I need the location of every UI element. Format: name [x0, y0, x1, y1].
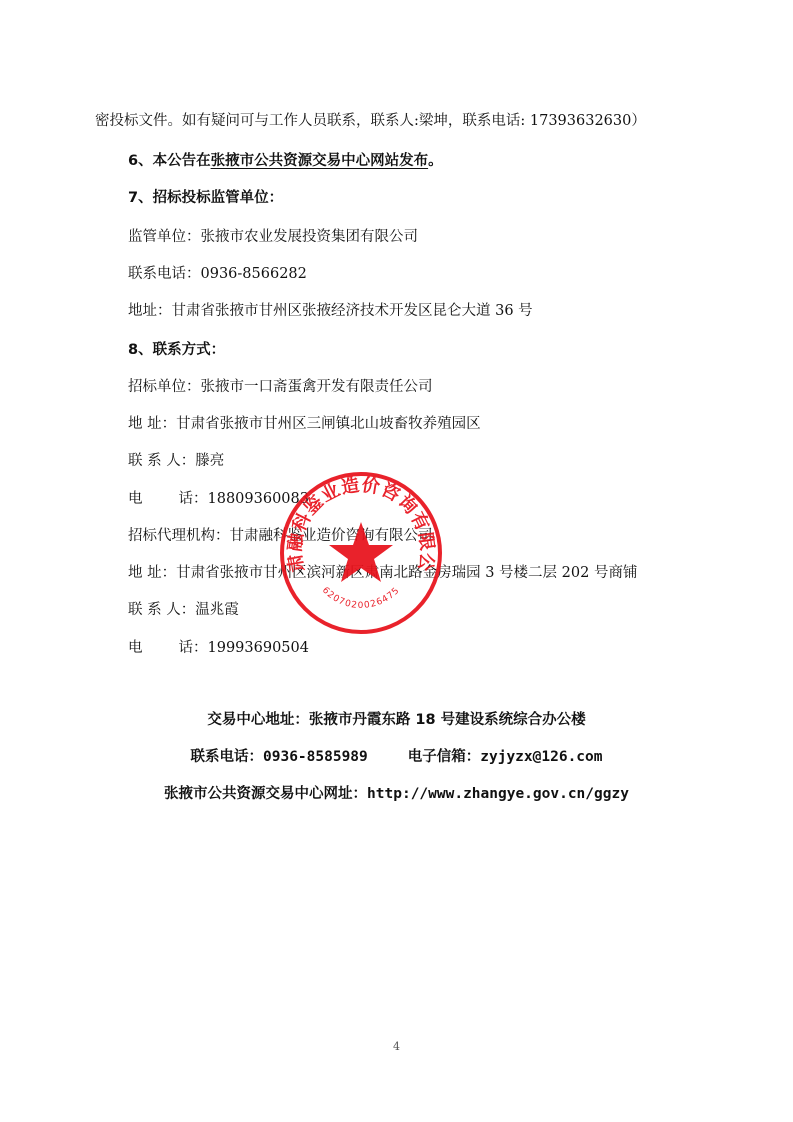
- phone-value: 话：18809360083: [179, 491, 309, 507]
- continuation-text: 密投标文件。如有疑问可与工作人员联系，联系人:梁坤，联系电话: 17393632…: [95, 111, 646, 131]
- section-6: 6、本公告在张掖市公共资源交易中心网站发布。: [128, 151, 443, 171]
- publish-site-link[interactable]: 张掖市公共资源交易中心网站发布: [211, 153, 429, 169]
- phone-label: 电: [128, 491, 143, 507]
- section-8-heading: 8、联系方式：: [128, 340, 225, 360]
- agency-address: 地 址：甘肃省张掖市甘州区滨河新区肃南北路金房瑞园 3 号楼二层 202 号商铺: [128, 563, 637, 583]
- tenderer-contact: 联 系 人：滕亮: [128, 451, 224, 471]
- website-label: 张掖市公共资源交易中心网址：: [164, 786, 367, 802]
- supervisor-unit: 监管单位：张掖市农业发展投资集团有限公司: [128, 227, 418, 247]
- email-label: 电子信箱：: [408, 749, 481, 765]
- footer-contact: 联系电话：0936-8585989电子信箱：zyjyzx@126.com: [0, 747, 793, 767]
- center-address: 张掖市丹霞东路 18 号建设系统综合办公楼: [309, 712, 586, 728]
- center-email[interactable]: zyjyzx@126.com: [480, 749, 602, 765]
- agency-unit: 招标代理机构：甘肃融科鉴业造价咨询有限公司: [128, 526, 433, 546]
- svg-text:甘肃融科鉴业造价咨询有限公司: 甘肃融科鉴业造价咨询有限公司: [278, 470, 438, 574]
- website-link[interactable]: http://www.zhangye.gov.cn/ggzy: [367, 786, 629, 802]
- tenderer-phone: 电话：18809360083: [128, 489, 309, 509]
- section-6-suffix: 。: [428, 153, 443, 169]
- page-number: 4: [0, 1040, 793, 1053]
- center-address-label: 交易中心地址：: [207, 712, 309, 728]
- supervisor-address: 地址：甘肃省张掖市甘州区张掖经济技术开发区昆仑大道 36 号: [128, 301, 533, 321]
- supervisor-phone: 联系电话：0936-8566282: [128, 264, 307, 284]
- footer-website: 张掖市公共资源交易中心网址：http://www.zhangye.gov.cn/…: [0, 784, 793, 804]
- section-6-prefix: 6、本公告在: [128, 153, 211, 169]
- agency-phone: 电话：19993690504: [128, 638, 309, 658]
- tenderer-address: 地 址：甘肃省张掖市甘州区三闸镇北山坡畜牧养殖园区: [128, 414, 481, 434]
- center-phone: 0936-8585989: [263, 749, 368, 765]
- section-7-heading: 7、招标投标监管单位：: [128, 188, 283, 208]
- phone-value: 话：19993690504: [179, 640, 309, 656]
- phone-label: 电: [128, 640, 143, 656]
- footer-center-address: 交易中心地址：张掖市丹霞东路 18 号建设系统综合办公楼: [0, 710, 793, 730]
- svg-text:6207020026475: 6207020026475: [320, 586, 402, 611]
- agency-contact: 联 系 人：温兆霞: [128, 600, 239, 620]
- tenderer-unit: 招标单位：张掖市一口斋蛋禽开发有限责任公司: [128, 377, 433, 397]
- phone-label: 联系电话：: [191, 749, 264, 765]
